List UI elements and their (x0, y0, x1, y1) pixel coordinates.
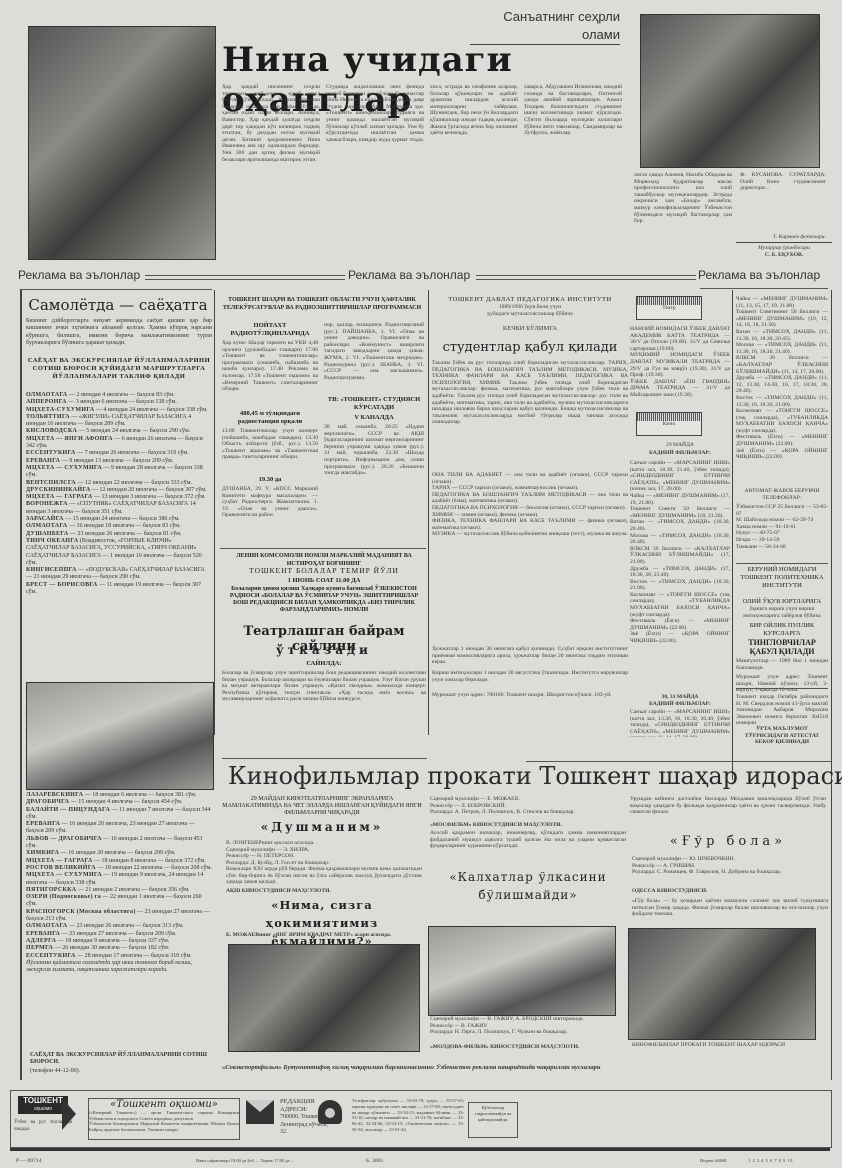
credit-line: Режиссёр — Н. ПЕТЕРСОН. (226, 853, 422, 860)
institute-years: 1989/1990 ўқув йили учун (432, 304, 628, 311)
tv-date: 19.30 да (222, 476, 318, 484)
route-destination: ХИМКИГА (26, 850, 59, 856)
film4-intro: Урушдан кейинги дастлабки йилларда Молда… (630, 796, 826, 816)
route-details: — 13 июндан 3 июлгача — баҳоси 372 сўм. (94, 494, 206, 500)
route-item: ЛЬВОВ — ДРАГОБИЧГА — 16 июндан 2 июлгача… (26, 836, 212, 851)
subject-item: ФИЗИКА, ТЕХНИКА ФАНЛАРИ ВА КАСБ ТАЪЛИМИ … (432, 518, 628, 531)
lost-notice: Тошкент шаҳар Октябрь районидаги Н. М. С… (736, 694, 828, 727)
route-destination: МЦХЕТА — ЯНГИ АФОНГА (26, 436, 113, 442)
route-destination: БАЛАЙТИ — ПИЦУНДАГА (26, 807, 110, 813)
route-destination: ВЕНТСПИЛСГА (26, 480, 76, 486)
tv-daily: Ҳар куни: Шаҳар тармоғи ва УКВ 4,48 орал… (222, 340, 318, 393)
route-destination: КРАСНОГОРСК (Москва областига) (26, 909, 136, 915)
column-rule (214, 290, 215, 735)
theatre-festival-where: САЙИЛДА: (222, 660, 426, 668)
route-details: — 7 июндан 26 июлгача — баҳоси 310 сўм. (77, 450, 189, 456)
route-item: ЕРЕВАНГА — 16 июндан 20 июлгача, 23 июнд… (26, 821, 212, 836)
route-destination: АДЛЕРГА (26, 938, 56, 944)
route-details: — 5 июндан 24 июлгача — баҳоси 290 сўм. (79, 428, 191, 434)
route-item: ХИМКИГА — 16 июндан 20 июлгача — баҳоси … (26, 850, 212, 857)
cinema-date1: 29 МАЙДА (630, 442, 730, 449)
film1-studio: АҚШ КИНОСТУДИЯСИ МАҲСУЛОТИ. (226, 888, 422, 895)
arrow-icon (62, 1098, 76, 1130)
route-item: МЦХЕТА — СУХУМИГА — 19 июндан 9 июлгача,… (26, 872, 212, 887)
route-details: — 4 июндан 24 июлгача — баҳоси 338 сўм. (96, 407, 208, 413)
route-item: КРАСНОГОРСК (Москва областига) — 23 июнд… (26, 909, 212, 924)
route-item: ОЗЕРИ (Подмосковье) га — 22 июндан 1 июл… (26, 894, 212, 909)
film4-body: «Ғўр бола» — бу ҳозирдан ҳаётни мазмунли… (632, 898, 828, 918)
route-destination: ОЛМАОТАГА (26, 523, 67, 529)
route-destination: ОЛМАОТАГА (26, 923, 67, 929)
route-item: ЕССЕНТУКИГА — 7 июндан 26 июлгача — баҳо… (26, 450, 212, 457)
phones-list: Ўзбекистон ССР 25 йиллиги — 53-65-87М. Ш… (736, 504, 828, 550)
tv-channel: V КАНАЛДА (324, 414, 424, 422)
route-item: ДРАГОБИЧГА — 15 июндан 4 июлгача — баҳос… (26, 799, 212, 806)
route-item: ЕССЕНТУКИГА — 28 июндан 17 июлгача — баҳ… (26, 953, 212, 960)
cinema-list: Санъат саройи — «МАРСАНИНГ ИШИ» (катта з… (630, 460, 730, 692)
route-item: КИНГИСЕППГА — «ПОДУБСКАЯ» САЁҲАТЧИЛАР БА… (26, 567, 212, 582)
photo-studio-man (640, 14, 820, 168)
route-destination: МЦХЕТА-СУХУМИГА (26, 407, 94, 413)
phones-title: АВТОМАТ-ЖАВОБ БЕРУВЧИ ТЕЛЕФОНЛАР: (736, 488, 828, 501)
column-rule (732, 290, 733, 780)
credit-line: Сценарий муаллифи — В. ГАЖИУ, А. БРОДСКИ… (430, 1016, 626, 1023)
route-details: — 16 июндан 18 июлгача — баҳоси 83 сўм. (69, 523, 181, 529)
credit-line: Сценарий муаллифи — Ю. ШЧЕВОЧКИН. (632, 856, 828, 863)
route-details: — 23 июндан 26 июлгача — баҳоси 313 сўм. (69, 923, 184, 929)
route-details: — 18 июндан 22 июлгача — баҳоси 208 сўм. (97, 865, 212, 871)
tv-sub-station: 480,45 м тўлқиндаги радиостанция орқали (222, 410, 318, 426)
route-item: ДУШАНБЕГА — 23 июндан 26 июлгача — баҳос… (26, 531, 212, 538)
route-details: — 18 июндан 8 июлгача — баҳоси 372 сўм. (94, 858, 206, 864)
tv-body3: ДУШАНБА, 29. V. «КПСС Марказий Комитети … (222, 486, 318, 536)
route-details: — 23 июндан 26 июлгача — баҳоси 81 сўм. (70, 531, 182, 537)
film1-title: «Душманим» (222, 820, 422, 834)
route-details: — 12 июндан 20 июлгача — баҳоси 307 сўм. (92, 487, 207, 493)
travel-title: Самолётда — саёҳатга (24, 296, 212, 314)
photo-fortress (26, 682, 214, 790)
route-details: — 28 июндан 17 июлгача — баҳоси 310 сўм. (77, 953, 192, 959)
subject-item: ОНА ТИЛИ ВА АДАБИЁТ — она тили ва адабиё… (432, 472, 628, 485)
ad-banner-2: Реклама ва эълонлар (348, 268, 470, 282)
cinema-item: Москва — «ТИМСОҲ ДАНДИ» (11, 13.30, 16, … (736, 342, 828, 355)
cinema-item: Восток — «ТИМСОҲ ДАНДИ» (11, 13.30, 16, … (736, 395, 828, 408)
route-details: — 15 июндан 24 июлгача — баҳоси 386 сўм. (65, 516, 180, 522)
cinema-item: Восток — «ТИМСОҲ ДАНДИ» (18.30, 21.00). (630, 579, 730, 592)
signed-to-press: Нави сафанланди 19.00 да ўзб. ... Тираж … (196, 1158, 376, 1165)
kino-ribbon: «Совэкспортфильм» Бутуниттифоқ хилиқ чиқ… (222, 1064, 822, 1071)
film2-studio: «МОСФИЛЬМ» КИНОСТУДИЯСИ МАҲСУЛОТИ. (430, 822, 626, 829)
route-destination: ОЛМАОТАГА (26, 392, 67, 398)
cinema-item: Москва — «ТИМСОҲ ДАНДИ» (18.30, 20.40). (630, 533, 730, 546)
tv-studio-heading: ТВ: «ТОШКЕНТ» СТУДИЯСИ КЎРСАТАДИ (324, 396, 424, 412)
photo-film3 (428, 926, 616, 1016)
institute-address: Мурожаат учун адрес: 700100, Тошкент шаҳ… (432, 692, 628, 699)
children-date: 1 ИЮНЬ СОАТ 11.00 ДА (222, 577, 426, 585)
subject-item: ТАРИХ — СССР тарихи (оғзаки), жамиятшуно… (432, 485, 628, 492)
footer-box-text: Қўлёзмалар тақризланмайди ва қайтарилмай… (468, 1102, 518, 1138)
divider (20, 289, 212, 290)
film2-credits: Сценарий муаллифи — Б. МОЖАЕВ.Режиссёр —… (430, 796, 626, 816)
route-details: — 18 июндан 6 июлгача — баҳоси 381 сўм. (85, 792, 197, 798)
cinema-date2: 30, 31 МАЙДА (630, 694, 730, 701)
lost-heading: ЎРТА МАЪЛУМОТ ТЎҒРИСИДАГИ АТТЕСТАТ БЕКОР… (736, 726, 828, 746)
institute-dept: КЕЧКИ БЎЛИМГА (432, 326, 628, 333)
institute-subjects: ОНА ТИЛИ ВА АДАБИЁТ — она тили ва адабиё… (432, 472, 628, 642)
cinema-item: Фестиваль (Ёзги) — «МЕНИНГ ДУШМАНИМ» (22… (630, 618, 730, 631)
route-item: ОЛМАОТАГА — 16 июндан 18 июлгача — баҳос… (26, 523, 212, 530)
paper-title-box: «Тошкент оқшоми» («Вечерний Ташкент») — … (88, 1098, 240, 1140)
theatre-list: НАВОИЙ НОМИДАГИ ЎЗБЕК ДАВЛАТ АКАДЕМИК КА… (630, 326, 730, 399)
envelope-icon (246, 1100, 274, 1124)
feature-text-col3: хиса, эстрада ва симфоник асарлар, болал… (430, 84, 518, 256)
divider (736, 688, 828, 689)
cinema-item: Ватан — «ТИМСОҲ ДАНДИ» (18.30, 20.40). (630, 519, 730, 532)
route-destination: РОСТОВ ВЕЛИКИЙГА (26, 865, 96, 871)
route-destination: МЦХЕТА — СУХУМИГА (26, 465, 102, 471)
route-item: МЦХЕТА — СУХУМИГА — 9 июндан 28 июлгача … (26, 465, 212, 480)
route-item: МЦХЕТА-СУХУМИГА — 4 июндан 24 июлгача — … (26, 407, 212, 414)
route-item: КИСЛОВОДСКА — 5 июндан 24 июлгача — баҳо… (26, 428, 212, 435)
route-details: — 3 июндан 6 июлгача — баҳоси 138 сўм. (68, 399, 177, 405)
photo-credit: Т. Кармиев фотолари. (740, 234, 826, 241)
film4-credits: Сценарий муаллифи — Ю. ШЧЕВОЧКИН.Режиссё… (632, 856, 828, 876)
theatre-badge: Театр (636, 296, 702, 320)
route-destination: ВОРОНЕЖГА (26, 501, 68, 507)
cinema-item: Фестиваль (Ёзги) — «МЕНИНГ ДУШМАНИМ» (22… (736, 434, 828, 447)
divider (222, 758, 427, 759)
route-destination: ЛЬВОВ — ДРАГОБИЧГА (26, 836, 102, 842)
route-item: МЦХЕТА — ЯНГИ АФОНГА — 6 июндан 26 июлга… (26, 436, 212, 451)
cinema-item: Чайка — «МЕНИНГ ДУШМАНИМ» (11, 13, 15, 1… (736, 296, 828, 309)
route-item: АППЕРОНГА — 3 июндан 6 июлгача — баҳоси … (26, 399, 212, 406)
cinema-item: Дружба — «ТИМСОҲ ДАНДИ» (11, 12, 13.30, … (736, 375, 828, 395)
route-destination: ЗАРАСАЙГА (26, 516, 64, 522)
poly-body: ўқишга кириш учун кириш имтиҳонларига та… (736, 606, 828, 619)
cinema-item: Космонавт — «ТОНГГИ ШОССЕ» (тоқ сонларда… (630, 592, 730, 618)
route-destination: ЕССЕНТУКИГА (26, 953, 76, 959)
institute-body: Таълим ўзбек ва рус тилларида олиб борил… (432, 360, 628, 468)
cinema-heading1: БАДИИЙ ФИЛЬМЛАР: (630, 450, 730, 457)
route-destination: ЕССЕНТУКИГА (26, 450, 76, 456)
route-destination: БРЕСТ — БОРИСОВГА (26, 582, 98, 588)
route-item: БРЕСТ — БОРИСОВГА — 11 июндан 19 июлгача… (26, 582, 212, 597)
photo-studio-women (28, 26, 216, 260)
film1-credits: В. ЛОНГЕНЕРнинг қиссаси асосида.Сценарий… (226, 840, 422, 866)
route-details: — 12 июндан 22 июлгача — баҳоси 333 сўм. (77, 480, 192, 486)
route-destination: ЕРЕВАНГА (26, 458, 60, 464)
route-item: ВЕНТСПИЛСГА — 12 июндан 22 июлгача — баҳ… (26, 480, 212, 487)
children-org: Болаларни ҳимоя қилиш Халқаро кунига бағ… (222, 586, 426, 614)
poly-address: Мурожаат учун адрес: Тошкент шаҳри, Наво… (736, 674, 828, 694)
cinema-item: Чайка — «МЕНИНГ ДУШМАНИМ» (17, 19, 21.00… (630, 493, 730, 506)
cinema-item: Космонавт — «ТОНГГИ ШОССЕ» (тоқ сонларда… (736, 408, 828, 434)
phone-item: Искра — 39-14-59 (736, 537, 828, 544)
route-destination: ДУШАНБЕГА (26, 531, 68, 537)
route-item: РОСТОВ ВЕЛИКИЙГА — 18 июндан 22 июлгача … (26, 865, 212, 872)
route-item: ПЕРМГА — 26 июндан 30 июлгача — баҳоси 1… (26, 945, 212, 952)
photo-film2 (228, 944, 420, 1052)
footer-phones: Телефонлар: қабулхона — 33-63-78; ҳуқуқ … (352, 1098, 464, 1133)
route-destination: ДРУСКИНИНКАЙГА (26, 487, 90, 493)
tv-station-body: 13.00 Тошкентликлар учун концерт (пойшан… (222, 428, 318, 461)
subject-item: ПЕДАГОГИКА ВА ПСИХОЛОГИЯ — биология (оғз… (432, 505, 628, 512)
route-item: ЕРЕВАНГА — 23 июндан 27 июлгача — баҳоси… (26, 931, 212, 938)
poly-sub: ОЛИЙ ЎҚУВ ЮРТЛАРИГА (736, 598, 828, 606)
route-destination: АППЕРОНГА (26, 399, 67, 405)
theatre-item: НАВОИЙ НОМИДАГИ ЎЗБЕК ДАВЛАТ АКАДЕМИК КА… (630, 326, 730, 352)
film4-title: «Ғўр бола» (630, 834, 826, 849)
subject-item: ПЕДАГОГИКА ВА БОШЛАНҒИЧ ТАЪЛИМ МЕТОДИКАС… (432, 492, 628, 505)
ad-banner-3: Реклама ва эълонлар (698, 268, 820, 282)
travel-footnote: Йўлланма қийматига самолётда ҳар икки то… (26, 960, 212, 975)
route-item: ЕРЕВАНГА — 9 июндан 13 июлгача — баҳоси … (26, 458, 212, 465)
cinema-col2-list: Чайка — «МЕНИНГ ДУШМАНИМ» (11, 13, 15, 1… (736, 296, 828, 482)
footer-rule (10, 1148, 830, 1151)
credit-line: В. ЛОНГЕНЕРнинг қиссаси асосида. (226, 840, 422, 847)
divider (145, 275, 345, 280)
travel-phone: (телефон 44-12-00). (30, 1068, 212, 1075)
cinema-item: Тошкент Совети 50 йиллиги — «МЕНИНГ ДУШМ… (630, 506, 730, 519)
route-details: — 26 июндан 30 июлгача — баҳоси 182 сўм. (55, 945, 170, 951)
phone-item: Нукус — 40-75-07 (736, 530, 828, 537)
cinema-heading2: БАДИИЙ ФИЛЬМЛАР: (630, 701, 730, 708)
route-destination: МЦХЕТА — ГАГРАГА (26, 494, 93, 500)
divider (476, 275, 696, 280)
film2-author: Б. МОЖАЕВнинг «ЯНГ ЯРИМ КВАДРАТ МЕТР» ас… (226, 932, 422, 939)
credit-line: Сценарий муаллифи — Э. ХИЛРА. (226, 847, 422, 854)
poly-course: БИР ОЙЛИК ПУЛЛИК КУРСЛАРГА (736, 622, 828, 638)
route-destination: МЦХЕТА — СУХУМИГА (26, 872, 102, 878)
route-destination: ОЗЕРИ (Подмосковье) га (26, 894, 101, 900)
kino-intro: 29 МАЙДАН КИНОТЕАТРЛАРНИНГ ЭКРАНЛАРИГА М… (222, 796, 422, 817)
poly-title: БЕРУНИЙ НОМИДАГИ ТОШКЕНТ ПОЛИТЕХНИКА ИНС… (736, 566, 828, 590)
ad-banner-1: Реклама ва эълонлар (18, 268, 140, 282)
tv-col2-body: пор, ҳаллар, позицияси. Радиосперганий (… (324, 322, 424, 392)
route-details: — 9 июндан 13 июлгача — баҳоси 209 сўм. (62, 458, 174, 464)
editor-signature: Мухаррар ўринбосари С. Б. ЕҚУБОВ. (736, 242, 832, 258)
cinema-badge: Кино (636, 412, 702, 436)
cinema-item: Санъат саройи — «МАРСАНИНГ ИШИ» (катта з… (630, 709, 730, 737)
route-destination: КИНГИСЕППГА (26, 567, 77, 573)
travel-routes-list-lower: ЛАЗАРЕВСКИЙГА — 18 июндан 6 июлгача — ба… (26, 792, 212, 1044)
children-railway: ТОШКЕНТ БОЛАЛАР ТЕМИР ЙЎЛИ (222, 567, 426, 575)
route-details: — 18 июндан 9 июлгача — баҳоси 337 сўм. (58, 938, 170, 944)
route-destination: КИСЛОВОДСКА (26, 428, 77, 434)
route-details: — 15 июндан 4 июлгача — баҳоси 454 сўм. (71, 799, 183, 805)
cinema-list2: Санъат саройи — «МАРСАНИНГ ИШИ» (катта з… (630, 709, 730, 737)
route-item: БАЛАЙТИ — ПИЦУНДАГА — 11 июндан 7 июлгач… (26, 807, 212, 822)
theatre-festival-body: Болалар ва ўсмирлар учун эшиттиришлар бо… (222, 670, 426, 732)
route-details: — 2 июндан 4 июлгача — баҳоси 83 сўм. (69, 392, 175, 398)
column-rule (428, 290, 429, 735)
route-destination: ТОЛЬЯТТИГА (26, 414, 70, 420)
feature-text-col1: Ҳар қандай инсоннинг сеҳрли тонгидаги, м… (222, 84, 320, 256)
feature-caption: Ф. КУСАНОВА. СУРАТЛАРДА: Олий Кино студи… (740, 172, 826, 232)
cinema-item: Зиё (Ёзги) — «ҚОРА ОЙНИНГ ЧИҚИШИ» (22.00… (630, 631, 730, 644)
cinema-item: Тошкент Советининг 50 йиллиги — «МЕНИНГ … (736, 309, 828, 329)
film2-body: Асосий қаҳрамон ишчилар, инженерлар, қўл… (430, 830, 626, 850)
phone-item: Хамза номли — 91-10-61 (736, 524, 828, 531)
theatre-festival-sub: ўтказади (222, 643, 426, 657)
route-destination: ЕРЕВАНГА (26, 821, 60, 827)
credit-line: Сценарий муаллифи — Б. МОЖАЕВ. (430, 796, 626, 803)
institute-heading: студентлар қабул қилади (432, 340, 628, 355)
institute-subtitle: қуйидаги мутахассисликлар бўйича (432, 311, 628, 318)
phone-item: Тимканн — 58-34-68 (736, 544, 828, 551)
feature-text-col5: лигач ҳамда Алимов, Насиба Обидова ва Ми… (634, 172, 732, 258)
page-numbers: 1 2 3 4 5 6 7 8 9 10 (748, 1158, 828, 1165)
order-number: Р — 09714 (16, 1158, 76, 1165)
cinema-item: ВЛКСМ 30 йиллиги — «КАЛХАТЛАР ЎЛКАСИНИ Б… (630, 546, 730, 566)
film2-title: «Нима, сизга ҳокимиятимиз ёқмайдими?» (222, 896, 422, 950)
institute-body3: Кириш имтиҳонлари 1 июлдан 30 августгача… (432, 670, 628, 683)
cinema-item: Ватан — «ТИМСОҲ ДАНДИ» (11, 13.30, 16, 1… (736, 329, 828, 342)
route-destination: ПЕРМГА (26, 945, 53, 951)
film3-credits: Сценарий муаллифи — В. ГАЖИУ, А. БРОДСКИ… (430, 1016, 626, 1036)
route-destination: ТИНЧ ОКЕАНГА (26, 538, 78, 544)
institute-title: ТОШКЕНТ ДАВЛАТ ПЕДАГОГИКА ИНСТИТУТИ (432, 296, 628, 304)
credit-line: Ролларда: Н. Гярга, Л. Полишчук, Г. Чулк… (430, 1029, 626, 1036)
kino-photo-caption: КИНОФИЛЬМЛАР ПРОКАТИ ТОШКЕНТ ШАҲАР ИДОРА… (632, 1042, 812, 1049)
route-details: — 16 июндан 20 июлгача — баҳоси 209 сўм. (61, 850, 176, 856)
route-item: ВОРОНЕЖГА — «СПУТНИК» САЁҲАТЧИЛАР БАЗАСИ… (26, 501, 212, 516)
route-destination: ЕРЕВАНГА (26, 931, 60, 937)
film3-title: «Калхатлар ўлкасини бўлишмайди» (430, 868, 626, 904)
poly-heading: ТИНГЛОВЧИЛАР ҚАБУЛ ҚИЛАДИ (736, 638, 828, 656)
phone-item: Ўзбекистон ССР 25 йиллиги — 53-65-87 (736, 504, 828, 517)
column-rule (20, 290, 22, 1080)
route-details: — 21 июндан 2 июлгача — баҳоси 356 сўм. (78, 887, 190, 893)
feature-text-col4: хаварса, Абдулашим Исмоилова, ижодий соз… (524, 84, 622, 256)
cinema-item: Зиё (Ёзги) — «ҚОРА ОЙНИНГ ЧИҚИШИ» (22.00… (736, 448, 828, 461)
kino-banner: Кинофильмлар прокати Тошкент шаҳар идора… (228, 762, 828, 790)
cinema-item: Санъат саройи — «МАРСАНИНГ ИШИ» (катта з… (630, 460, 730, 493)
print-code: Б. 3001. (366, 1158, 396, 1165)
subject-item: МУЗИКА — мутахассислик бўйича қобилиятни… (432, 531, 628, 538)
route-item: ТОЛЬЯТТИГА — «ЖИГУЛИ» САЁҲАТЧИЛАР БАЗАСИ… (26, 414, 212, 429)
cinema-item: Дружба — «ТИМСОҲ ДАНДИ» (17, 18.30, 20, … (630, 566, 730, 579)
phone-icon (318, 1100, 342, 1124)
divider (736, 563, 828, 564)
tv-channel-body: 30 май, сешанба. 20.25 «Иддин мерганлиги… (324, 424, 424, 536)
feature-text-col2: Студияда жадалламиш овоз фонида ишлаб бо… (326, 84, 424, 256)
poly-date: Машғулотлар — 1989 йил 1 июндан бошланад… (736, 658, 828, 671)
theatre-item: ЎЗБЕК ДАВЛАТ «ЁШ ГВАРДИЯ» ДРАМА ТЕАТРИДА… (630, 379, 730, 399)
route-destination: МЦХЕТА — ГАГРАГА (26, 858, 93, 864)
travel-intro: Бизнинг дзйборотларга ниҳоят аеримизда с… (26, 318, 212, 347)
travel-heading: САЁҲАТ ВА ЭКСКУРСИЯЛАР ЙЎЛЛАНМАЛАРИНИ СО… (26, 357, 212, 381)
theatre-item: МУҚИМИЙ НОМИДАГИ ЎЗБЕК ДАВЛАТ МУЗИКАЛИ Т… (630, 352, 730, 378)
credit-line: Ролларда: С. Романцев, Ф. Гаврилов, Н. Д… (632, 869, 828, 876)
divider (700, 288, 828, 289)
photo-film4 (628, 928, 816, 1040)
paper-logo: ТОШКЕНТ оқшоми (18, 1096, 68, 1114)
film3-studio: «МОЛДОВА-ФИЛЬМ» КИНОСТУДИЯСИ МАҲСУЛОТИ. (430, 1044, 626, 1051)
film4-studio: ОДЕССА КИНОСТУДИЯСИ. (632, 888, 828, 895)
route-item: МЦХЕТА — ГАГРАГА — 18 июндан 8 июлгача —… (26, 858, 212, 865)
institute-body2: Хужжатлар 1 июндан 30 июнгача қабул қили… (432, 646, 628, 666)
cinema-item: ВЛКСМ 30 йиллиги — «КАЛХАТЛАР ЎЛКАСИНИ Б… (736, 355, 828, 375)
route-item: ОЛМАОТАГА — 23 июндан 26 июлгача — баҳос… (26, 923, 212, 930)
column-rule (831, 290, 832, 1080)
index-number: Индекс 64668. (700, 1158, 740, 1165)
route-item: ТИНЧ ОКЕАНГА (Владивосток, «ГОРНЫЕ КЛЮЧИ… (26, 538, 212, 567)
credit-line: Ролларда: А. Петров, Л. Полишчук, В. Сте… (430, 809, 626, 816)
divider (220, 548, 426, 549)
travel-footer-heading: САЁҲАТ ВА ЭКСКУРСИЯЛАР ЙЎЛЛАНМАЛАРИНИ СО… (30, 1052, 212, 1067)
route-details: — 23 июндан 27 июлгача — баҳоси 209 сўм. (62, 931, 177, 937)
tv-sub-radio: ПОЙТАХТ РАДИОТЎЛҚИНЛАРИДА (222, 322, 318, 338)
route-destination: ПЯТИГОРСККА (26, 887, 76, 893)
route-destination: ДРАГОБИЧГА (26, 799, 69, 805)
film1-body: Воқеалари XXI асрда рўй беради. Фильм қа… (226, 866, 422, 886)
route-destination: ЛАЗАРЕВСКИЙГА (26, 792, 83, 798)
phone-item: М. Шайхзода номли — 62-39-74 (736, 517, 828, 524)
tv-title: ТОШКЕНТ ШАҲРИ ВА ТОШКЕНТ ОБЛАСТИ УЧУН ҲА… (222, 296, 422, 312)
